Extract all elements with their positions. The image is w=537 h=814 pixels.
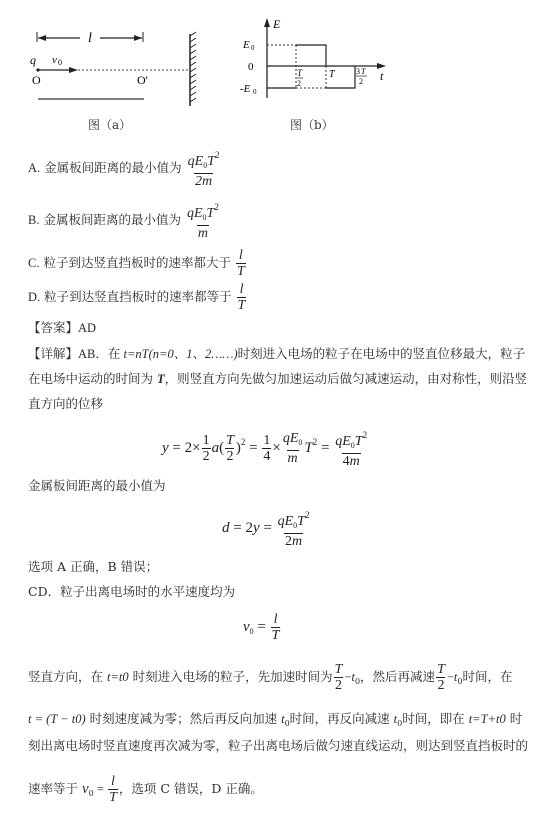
explanation-p7: 竖直方向，在 t=t0 时刻进入电场的粒子，先加速时间为T2−t0，然后再减速T… — [28, 662, 513, 693]
svg-text:T: T — [361, 67, 366, 76]
figure-a-caption: 图（a） — [88, 116, 131, 133]
svg-text:v: v — [52, 54, 57, 66]
answer-label: 【答案】 — [28, 320, 78, 335]
svg-text:t: t — [380, 69, 384, 83]
svg-text:T: T — [329, 69, 336, 80]
svg-text:E: E — [272, 17, 281, 31]
equation-v0: v0 = lT — [243, 612, 281, 643]
explanation-p3: 直方向的位移 — [28, 396, 103, 412]
svg-text:O': O' — [137, 73, 148, 87]
explanation-p1: 【详解】AB．在 t=nT(n=0、1、2……)时刻进入电场的粒子在电场中的竖直… — [28, 346, 525, 362]
answer-value: AD — [78, 321, 96, 335]
explanation-p6: CD．粒子出离电场时的水平速度均为 — [28, 584, 235, 600]
option-b[interactable]: B. 金属板间距离的最小值为 qE0T2m — [28, 200, 221, 241]
svg-text:0: 0 — [248, 61, 254, 73]
explanation-p5: 选项 A 正确，B 错误； — [28, 559, 158, 575]
figure-b: E t E0 0 -E0 T 2 T 3T 2 — [240, 10, 390, 110]
equation-d: d = 2y = qE0T22m — [222, 508, 311, 549]
explanation-p2: 在电场中运动的时间为 T，则竖直方向先做匀加速运动后做匀减速运动，由对称性，则沿… — [28, 371, 527, 387]
explanation-p8: t = (T − t0) 时刻速度减为零；然后再反向加速 t0时间，再反向减速 … — [28, 711, 522, 732]
equation-y: y = 2×12a(T2)2 = 14×qE0mT2 = qE0T24m — [162, 428, 369, 469]
svg-text:2: 2 — [359, 77, 363, 86]
length-label: l — [88, 31, 92, 46]
answer-line: 【答案】AD — [28, 320, 96, 336]
option-a-fraction: qE0T22m — [187, 148, 221, 189]
svg-text:O: O — [32, 73, 41, 87]
explanation-p10: 速率等于 v0 = lT，选项 C 错误，D 正确。 — [28, 774, 263, 805]
figure-b-caption: 图（b） — [290, 116, 334, 133]
svg-text:E: E — [242, 39, 250, 51]
explanation-p4: 金属板间距离的最小值为 — [28, 478, 166, 494]
svg-text:-E: -E — [240, 83, 251, 95]
explanation-p9: 刻出离电场时竖直速度再次减为零，粒子出离电场后做匀速直线运动，则达到竖直挡板时的 — [28, 738, 528, 754]
svg-text:0: 0 — [251, 44, 255, 52]
svg-text:T: T — [297, 68, 303, 78]
option-c-fraction: lT — [236, 248, 246, 279]
option-b-fraction: qE0T2m — [186, 200, 220, 241]
option-d[interactable]: D. 粒子到达竖直挡板时的速率都等于 lT — [28, 282, 247, 313]
svg-text:0: 0 — [253, 88, 257, 96]
option-a[interactable]: A. 金属板间距离的最小值为 qE0T22m — [28, 148, 222, 189]
svg-text:0: 0 — [58, 58, 62, 67]
svg-text:3: 3 — [356, 67, 360, 76]
figure-a-diagram: l q v0 O O' — [20, 10, 220, 110]
option-d-fraction: lT — [237, 282, 247, 313]
svg-text:2: 2 — [297, 79, 301, 88]
svg-text:q: q — [30, 53, 36, 67]
figure-b-chart: E t E0 0 -E0 T 2 T 3T 2 — [240, 10, 390, 100]
option-c[interactable]: C. 粒子到达竖直挡板时的速率都大于 lT — [28, 248, 247, 279]
